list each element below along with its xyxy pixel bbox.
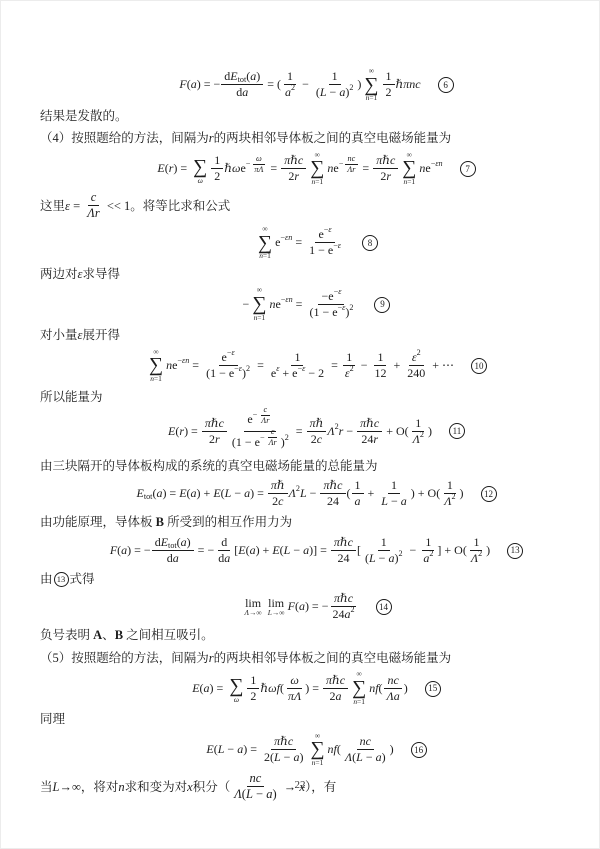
text-run: ℏπnc	[396, 77, 421, 92]
text-run: （4）按照题给的方法，间隔为	[40, 131, 209, 145]
text-run: =	[293, 297, 306, 312]
text-run: 同理	[40, 712, 65, 726]
text-run: )	[299, 750, 303, 765]
text-run: 1	[391, 478, 397, 493]
text-run: −	[243, 297, 250, 312]
text-run: 2	[398, 550, 402, 558]
text-run: − 2	[305, 366, 324, 381]
text-run: L	[356, 750, 363, 765]
fraction: 1L − a	[378, 478, 409, 509]
fraction: πℏc24	[320, 478, 345, 509]
text-line: 对小量ε展开得	[40, 325, 560, 345]
text-run: E	[157, 161, 164, 176]
text-run: )	[486, 543, 490, 558]
text-run: ε	[338, 242, 341, 250]
text-run: B	[156, 515, 164, 529]
superscript: 2	[420, 431, 424, 439]
text-line: （5）按照题给的方法，间隔为r的两块相邻导体板之间的真空电磁场能量为	[40, 648, 560, 668]
text-run: 1	[355, 478, 361, 493]
equation-number: 12	[480, 485, 498, 503]
superscript: −ε	[333, 242, 341, 250]
equation-number-circle: 12	[481, 486, 497, 502]
text-run: E	[238, 543, 245, 558]
text-run: −	[253, 411, 258, 419]
text-run: πℏc	[326, 673, 345, 688]
text-line: 同理	[40, 709, 560, 729]
text-run: ) +	[197, 486, 214, 501]
superscript: 2	[429, 550, 433, 558]
text-run: ) =	[210, 681, 227, 696]
text-run: =	[267, 161, 280, 176]
text-run: 之间相互吸引。	[123, 628, 214, 642]
text-run: εn	[285, 234, 292, 242]
equation-line: ∞∑n=1ne−εn = e−ε(1 − e−ε)2 = 1eε + e−ε −…	[40, 348, 560, 384]
superscript: 2	[285, 434, 289, 442]
equation-number-circle: 8	[362, 235, 378, 251]
text-run: nf	[369, 681, 378, 696]
text-run: + O(	[383, 424, 408, 439]
text-run: =	[254, 358, 267, 373]
text-run: =1	[257, 314, 265, 323]
fraction: πℏc2r	[373, 153, 398, 184]
text-run: E	[272, 543, 279, 558]
text-run: + ⋯	[429, 358, 454, 373]
text-run: E	[179, 486, 186, 501]
text-run: πℏc	[323, 478, 342, 493]
text-run: ω	[290, 673, 298, 688]
superscript: −ε	[234, 365, 242, 373]
equation-number: 8	[361, 234, 379, 252]
superscript: 2	[335, 423, 339, 431]
text-run: 1	[381, 535, 387, 550]
text-run: −	[246, 160, 251, 168]
equation-number: 11	[448, 422, 466, 440]
text-run: (1 − e	[232, 435, 260, 450]
text-run: ) +	[256, 543, 273, 558]
text-run: 2	[429, 550, 433, 558]
superscript: 2	[296, 485, 300, 493]
text-run: )	[382, 750, 386, 765]
text-run: 结果是发散的。	[40, 109, 128, 123]
text-run: 1	[250, 673, 256, 688]
text-run: + e	[279, 366, 297, 381]
equation-number: 15	[424, 679, 442, 697]
text-run: L	[369, 551, 376, 566]
text-run: tot	[144, 493, 153, 501]
text-run: 24	[327, 494, 339, 509]
text-run: +	[365, 486, 378, 501]
text-run: )	[390, 742, 394, 757]
text-run: −	[260, 434, 265, 442]
equation-number: 9	[373, 295, 391, 313]
text-run: )	[404, 681, 408, 696]
sum-operator: ∞∑n=1	[352, 670, 366, 706]
text-run: L	[225, 486, 232, 501]
text-run: −	[339, 160, 344, 168]
text-run: 所受到的相互作用力为	[164, 515, 292, 529]
text-run: =	[293, 424, 306, 439]
equation-line: Etot(a) = E(a) + E(L − a) = πℏ2cΛ2L − πℏ…	[40, 478, 560, 509]
equation-line: E(L − a) = πℏc2(L − a)∞∑n=1nf(ncΛ(L − a)…	[40, 732, 560, 768]
text-run: ε	[328, 226, 331, 234]
fraction: πℏc2a	[323, 673, 348, 704]
text-run: (	[337, 742, 341, 757]
fraction: ωπΛ	[251, 154, 266, 175]
text-run: πℏc	[274, 734, 293, 749]
text-run: 1	[332, 69, 338, 84]
equation-line: −∞∑n=1ne−εn = −e−ε(1 − e−ε)29	[40, 286, 560, 322]
text-run: ω	[256, 154, 262, 164]
text-run: c	[91, 190, 97, 206]
fraction: 1ε2	[342, 350, 357, 381]
equation-line: E(r) = ∑ω12ℏωe−ωπΛ = πℏc2r∞∑n=1ne−ncΛr =…	[40, 151, 560, 187]
text-run: A	[93, 628, 102, 642]
text-run: 24	[337, 551, 349, 566]
text-run: =	[292, 235, 305, 250]
text-line: 所以能量为	[40, 387, 560, 407]
text-run: Λ	[471, 551, 478, 566]
equation-number: 10	[470, 357, 488, 375]
text-run: 2	[335, 423, 339, 431]
text-run: 1	[425, 535, 431, 550]
equation-number: 6	[437, 76, 455, 94]
superscript: ε	[276, 365, 279, 373]
text-run: Λr	[347, 165, 355, 175]
text-run: 1	[377, 350, 383, 365]
superscript: 2	[398, 550, 402, 558]
fraction: cΛr	[258, 405, 272, 426]
equation-number-circle: 11	[449, 423, 465, 439]
equation-number-circle: 6	[438, 77, 454, 93]
sigma-symbol: ∑	[252, 295, 266, 314]
text-run: E	[161, 535, 168, 550]
text-run: E	[168, 424, 175, 439]
text-run: =1	[315, 178, 323, 187]
text-run: εn	[435, 160, 442, 168]
text-run: =	[189, 358, 202, 373]
text-run: =1	[369, 94, 377, 103]
text-run: 2	[349, 304, 353, 312]
text-run: 负号表明	[40, 628, 93, 642]
text-run: 24	[332, 607, 344, 622]
superscript: −ε	[298, 365, 306, 373]
text-run: 2	[350, 606, 354, 614]
text-run: (	[379, 681, 383, 696]
equation-number-circle: 16	[411, 742, 427, 758]
text-run: =	[328, 358, 341, 373]
text-run: −	[327, 85, 340, 100]
superscript: −εn	[280, 234, 292, 242]
text-run: −e	[321, 289, 333, 304]
text-run: E	[206, 742, 213, 757]
fraction: dda	[215, 535, 233, 566]
text-run: B	[115, 628, 123, 642]
sum-operator: ∞∑n=1	[149, 348, 163, 384]
text-run: [	[357, 543, 361, 558]
text-run: 2	[386, 85, 392, 100]
text-run: （5）按照题给的方法，间隔为	[40, 651, 209, 665]
text-run: =	[70, 199, 83, 213]
fraction: ωπΛ	[285, 673, 304, 704]
fraction: πℏc24r	[357, 416, 382, 447]
text-run: ε	[276, 365, 279, 373]
text-run: ℏω	[224, 161, 240, 176]
text-run: nc	[348, 154, 356, 164]
document-content: F(a) = −dEtot(a)da = (1a2 − 1(L − a)2)∞∑…	[40, 54, 560, 803]
text-run: 由三块隔开的导体板构成的系统的真空电磁场能量的总能量为	[40, 459, 378, 473]
text-run: =1	[263, 252, 271, 261]
fraction: 1Λ2	[468, 535, 485, 566]
text-run: 2	[214, 169, 220, 184]
text-run: Λr	[261, 416, 269, 426]
text-run: 1	[386, 69, 392, 84]
text-run: 这里	[40, 199, 65, 213]
page-number: 22	[0, 779, 600, 791]
subscript: tot	[238, 76, 247, 84]
text-line: 由功能原理，导体板 B 所受到的相互作用力为	[40, 512, 560, 532]
superscript: −εn	[431, 160, 443, 168]
text-run: ) =	[184, 424, 201, 439]
text-line: 由13式得	[40, 569, 560, 589]
fraction: πℏ2c	[307, 416, 327, 447]
superscript: −εn	[177, 357, 189, 365]
text-run: =1	[154, 375, 162, 384]
fraction: e−cΛr(1 − e−cΛr)2	[229, 409, 292, 453]
equation: Etot(a) = E(a) + E(L − a) = πℏ2cΛ2L − πℏ…	[136, 478, 463, 509]
superscript: 2	[417, 349, 421, 357]
text-run: −	[307, 486, 320, 501]
text-run: 展开得	[82, 328, 120, 342]
text-run: →∞	[249, 609, 262, 618]
text-run: ) = −	[305, 599, 329, 614]
fraction: 1a2	[282, 69, 298, 100]
fraction: 1(L − a)2	[313, 69, 357, 100]
superscript: −ε	[334, 288, 342, 296]
text-run: F	[110, 543, 117, 558]
text-run: 2	[350, 365, 354, 373]
text-run: 12	[374, 366, 386, 381]
text-run: 2	[417, 349, 421, 357]
fraction: ncΛr	[344, 154, 358, 175]
superscript: 2	[478, 550, 482, 558]
text-run: a	[355, 494, 361, 509]
fraction: 1Λ2	[410, 416, 427, 447]
text-run: 2(	[264, 750, 274, 765]
text-run: ) =	[243, 742, 260, 757]
text-run: ) =	[173, 161, 190, 176]
text-run: )	[428, 424, 432, 439]
sum-operator: ∞∑n=1	[258, 225, 272, 261]
superscript: 2	[246, 365, 250, 373]
text-run: )	[187, 535, 191, 550]
text-run: L	[320, 85, 327, 100]
text-line: 两边对ε求导得	[40, 264, 560, 284]
text-run: 2	[285, 434, 289, 442]
text-run: ε	[231, 349, 234, 357]
text-line: 结果是发散的。	[40, 106, 560, 126]
fraction: 1a2	[420, 535, 436, 566]
fraction: cΛr	[84, 190, 102, 222]
text-run: a	[242, 85, 248, 100]
text-run: ) + O(	[411, 486, 440, 501]
text-run: tot	[168, 542, 177, 550]
text-run: << 1。将等比求和公式	[104, 199, 231, 213]
text-line: （4）按照题给的方法，间隔为r的两块相邻导体板之间的真空电磁场能量为	[40, 128, 560, 148]
text-run: d	[221, 535, 227, 550]
text-run: 2	[478, 550, 482, 558]
text-run: 2	[250, 689, 256, 704]
text-run: 2	[246, 365, 250, 373]
text-run: ε	[338, 288, 341, 296]
sigma-symbol: ∑	[229, 677, 243, 696]
superscript: −cΛr	[253, 405, 274, 426]
text-run: =	[359, 161, 372, 176]
text-run: 2	[291, 84, 295, 92]
text-run: −	[343, 424, 356, 439]
equation: F(a) = −dEtot(a)da = −dda[E(a) + E(L − a…	[110, 535, 490, 566]
text-run: +	[390, 358, 403, 373]
text-run: E	[192, 681, 199, 696]
equation-number-circle: 10	[471, 358, 487, 374]
text-line: 这里ε = cΛr << 1。将等比求和公式	[40, 190, 560, 222]
equation: E(a) = ∑ω12ℏωf(ωπΛ) = πℏc2a∞∑n=1nf(ncΛa)	[192, 670, 408, 706]
sum-operator: ∞∑n=1	[402, 151, 416, 187]
superscript: −ε	[227, 349, 235, 357]
equation-number: 13	[506, 541, 524, 559]
text-run: ] + O(	[437, 543, 466, 558]
text-run: r	[386, 169, 391, 184]
superscript: 2	[350, 606, 354, 614]
superscript: −εn	[281, 296, 293, 304]
text-run: −	[363, 750, 376, 765]
sum-operator: ∞∑n=1	[310, 151, 324, 187]
text-run: 2	[296, 485, 300, 493]
text-run: Λ	[289, 486, 296, 501]
lim-operator: limΛ→∞	[244, 597, 261, 618]
text-run: c	[317, 432, 322, 447]
text-run: ε	[302, 365, 305, 373]
text-run: L	[300, 486, 307, 501]
text-run: L	[218, 742, 225, 757]
text-run: c	[278, 494, 283, 509]
equation-line: ∞∑n=1e−εn = e−ε1 − e−ε8	[40, 225, 560, 261]
fraction: πℏc24a2	[329, 591, 357, 622]
text-run: F	[179, 77, 186, 92]
fraction: 12	[211, 153, 223, 184]
text-run: ℏω	[260, 681, 276, 696]
text-run: πΛ	[288, 689, 301, 704]
fraction: 12	[383, 69, 395, 100]
text-run: ) = −	[197, 77, 221, 92]
text-run: πℏc	[334, 535, 353, 550]
text-run: L	[381, 494, 388, 509]
fraction: πℏc24	[331, 535, 356, 566]
text-run: πℏc	[376, 153, 395, 168]
superscript: −ε	[324, 226, 332, 234]
text-run: (1 − e	[206, 366, 234, 381]
text-run: 求导得	[82, 267, 120, 281]
text-run: 2	[420, 431, 424, 439]
text-run: −	[376, 551, 389, 566]
text-run: 所以能量为	[40, 389, 103, 403]
fraction: 1a	[352, 478, 364, 509]
text-run: 由	[40, 572, 53, 586]
fraction: 112	[371, 350, 389, 381]
text-run: −	[299, 77, 312, 92]
text-run: = (	[264, 77, 281, 92]
text-run: 1	[287, 69, 293, 84]
equation: F(a) = −dEtot(a)da = (1a2 − 1(L − a)2)∞∑…	[179, 67, 420, 103]
text-run: Λ	[327, 424, 334, 439]
sigma-symbol: ∑	[352, 679, 366, 698]
fraction: 1(L − a)2	[362, 535, 406, 566]
sum-operator: ∞∑n=1	[364, 67, 378, 103]
text-run: a	[224, 551, 230, 566]
sum-operator: ∞∑n=1	[310, 732, 324, 768]
equation: −∞∑n=1ne−εn = −e−ε(1 − e−ε)2	[243, 286, 358, 322]
sum-operator: ∑ω	[193, 153, 207, 186]
equation-ref: 13	[54, 572, 69, 587]
text-run: εn	[182, 357, 189, 365]
text-run: ) =	[250, 486, 267, 501]
equation-number-circle: 7	[460, 161, 476, 177]
text-run: ω	[198, 177, 203, 186]
superscript: 2	[451, 493, 455, 501]
text-run: 24	[361, 432, 373, 447]
sigma-symbol: ∑	[310, 740, 324, 759]
fraction: πℏc2r	[202, 416, 227, 447]
text-run: nc	[387, 673, 398, 688]
text-run: ω	[234, 696, 239, 705]
superscript: 2	[350, 365, 354, 373]
fraction: 1Λ2	[441, 478, 458, 509]
text-run: πℏc	[334, 591, 353, 606]
text-line: 负号表明 A、B 之间相互吸引。	[40, 625, 560, 645]
fraction: ncΛ(L − a)	[342, 734, 389, 765]
equation-line: limΛ→∞limL→∞F(a) = −πℏc24a214	[40, 591, 560, 622]
equation-line: F(a) = −dEtot(a)da = −dda[E(a) + E(L − a…	[40, 535, 560, 566]
lim-operator: limL→∞	[268, 597, 285, 618]
text-run: εn	[285, 296, 292, 304]
equation-number: 16	[410, 741, 428, 759]
text-run: −	[290, 543, 303, 558]
equation-number-circle: 13	[507, 543, 523, 559]
text-run: 两边对	[40, 267, 78, 281]
fraction: e−ε1 − e−ε	[306, 227, 344, 258]
text-run: )	[256, 69, 260, 84]
sigma-symbol: ∑	[364, 76, 378, 95]
equation-line: E(a) = ∑ω12ℏωf(ωπΛ) = πℏc2a∞∑n=1nf(ncΛa)…	[40, 670, 560, 706]
equation-line: E(r) = πℏc2re−cΛr(1 − e−cΛr)2 = πℏ2cΛ2r …	[40, 409, 560, 453]
text-run: F	[288, 599, 295, 614]
text-run: =1	[315, 759, 323, 768]
text-run: πℏc	[360, 416, 379, 431]
equation-number-circle: 15	[425, 681, 441, 697]
fraction: πℏ2c	[268, 478, 288, 509]
text-run: (	[280, 681, 284, 696]
sigma-symbol: ∑	[258, 234, 272, 253]
superscript: −ncΛr	[339, 154, 360, 175]
superscript: 2	[349, 304, 353, 312]
text-run: L	[274, 750, 281, 765]
sigma-symbol: ∑	[149, 356, 163, 375]
equation-number-circle: 14	[376, 599, 392, 615]
text-run: 的两块相邻导体板之间的真空电磁场能量为	[214, 131, 452, 145]
text-run: 1 − e	[309, 243, 333, 258]
text-run: Λ	[345, 750, 352, 765]
text-run: −	[281, 750, 294, 765]
equation-number: 7	[459, 160, 477, 178]
